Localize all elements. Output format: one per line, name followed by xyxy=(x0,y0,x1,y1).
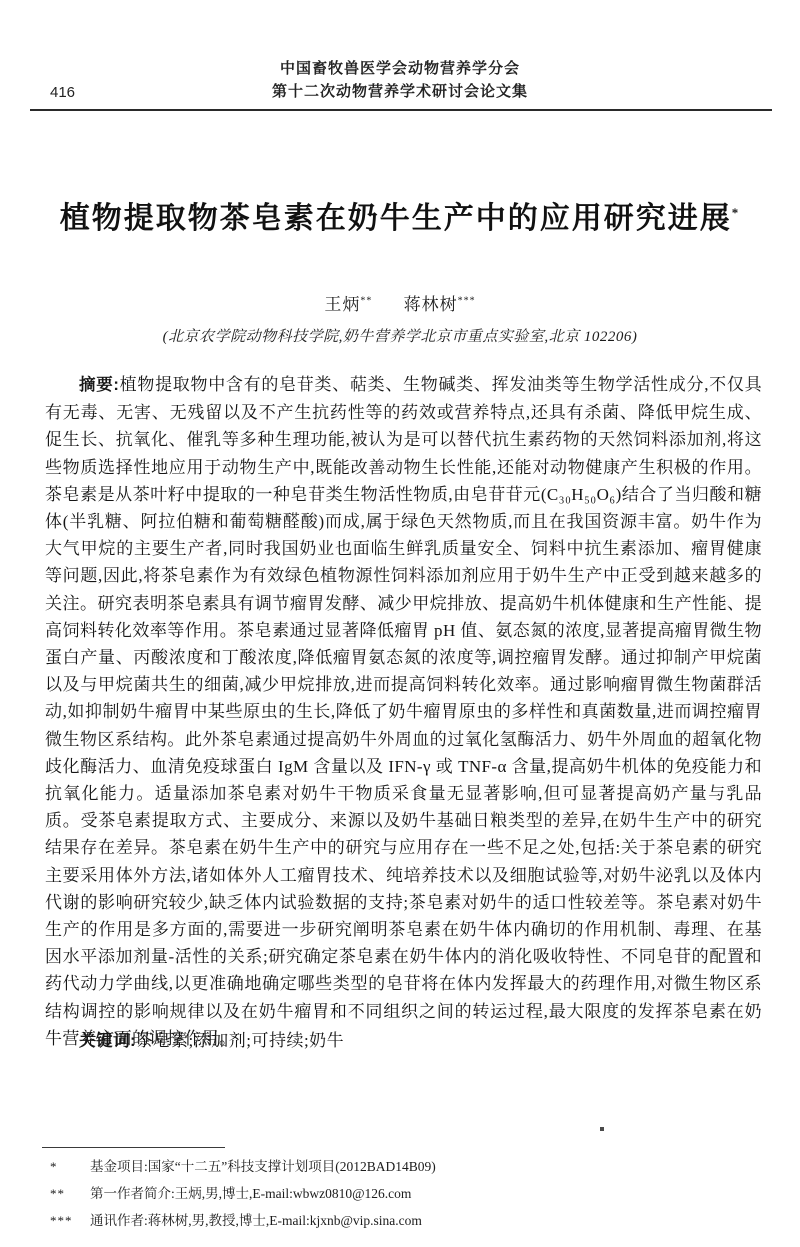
scan-speck xyxy=(600,1127,604,1131)
footnote-corresponding-author: ***通讯作者:蒋林树,男,教授,博士,E-mail:kjxnb@vip.sin… xyxy=(50,1207,760,1234)
proceedings-title-line: 第十二次动物营养学术研讨会论文集 xyxy=(0,80,800,103)
footnote-funding-marker: * xyxy=(50,1153,90,1180)
header-rule xyxy=(30,109,772,111)
proceedings-society-line: 中国畜牧兽医学会动物营养学分会 xyxy=(0,57,800,80)
footnote-first-author: **第一作者简介:王炳,男,博士,E-mail:wbwz0810@126.com xyxy=(50,1180,760,1207)
paper-page: 416 中国畜牧兽医学会动物营养学分会 第十二次动物营养学术研讨会论文集 植物提… xyxy=(0,0,800,1247)
keywords-label: 关键词: xyxy=(79,1032,136,1050)
keywords-text: 茶皂素;添加剂;可持续;奶牛 xyxy=(136,1031,344,1050)
footnote-funding-text: 基金项目:国家“十二五”科技支撑计划项目(2012BAD14B09) xyxy=(90,1159,436,1174)
author-2: 蒋林树*** xyxy=(404,295,476,314)
footnote-corresponding-author-text: 通讯作者:蒋林树,男,教授,博士,E-mail:kjxnb@vip.sina.c… xyxy=(90,1213,422,1228)
author-2-marker: *** xyxy=(458,295,476,306)
author-1-marker: ** xyxy=(360,295,372,306)
title-footnote-marker: * xyxy=(732,205,741,220)
abstract-label: 摘要: xyxy=(79,376,119,394)
footnote-first-author-text: 第一作者简介:王炳,男,博士,E-mail:wbwz0810@126.com xyxy=(90,1186,411,1201)
footnote-corresponding-author-marker: *** xyxy=(50,1207,90,1234)
author-1-name: 王炳 xyxy=(324,295,360,314)
author-1: 王炳** xyxy=(324,295,372,314)
article-title: 植物提取物茶皂素在奶牛生产中的应用研究进展* xyxy=(0,193,800,237)
affiliation: (北京农学院动物科技学院,奶牛营养学北京市重点实验室,北京 102206) xyxy=(0,325,800,346)
proceedings-header: 中国畜牧兽医学会动物营养学分会 第十二次动物营养学术研讨会论文集 xyxy=(0,57,800,103)
author-2-name: 蒋林树 xyxy=(404,295,458,314)
footnotes: *基金项目:国家“十二五”科技支撑计划项目(2012BAD14B09) **第一… xyxy=(50,1153,760,1234)
article-title-text: 植物提取物茶皂素在奶牛生产中的应用研究进展 xyxy=(60,202,732,235)
footnote-separator-rule xyxy=(42,1147,225,1148)
footnote-first-author-marker: ** xyxy=(50,1180,90,1207)
footnote-funding: *基金项目:国家“十二五”科技支撑计划项目(2012BAD14B09) xyxy=(50,1153,760,1180)
abstract-text: 植物提取物中含有的皂苷类、萜类、生物碱类、挥发油类等生物学活性成分,不仅具有无毒… xyxy=(45,375,762,1048)
abstract-paragraph: 摘要:植物提取物中含有的皂苷类、萜类、生物碱类、挥发油类等生物学活性成分,不仅具… xyxy=(45,371,762,1052)
author-line: 王炳** 蒋林树*** xyxy=(0,290,800,315)
keywords-line: 关键词:茶皂素;添加剂;可持续;奶牛 xyxy=(45,1026,762,1051)
